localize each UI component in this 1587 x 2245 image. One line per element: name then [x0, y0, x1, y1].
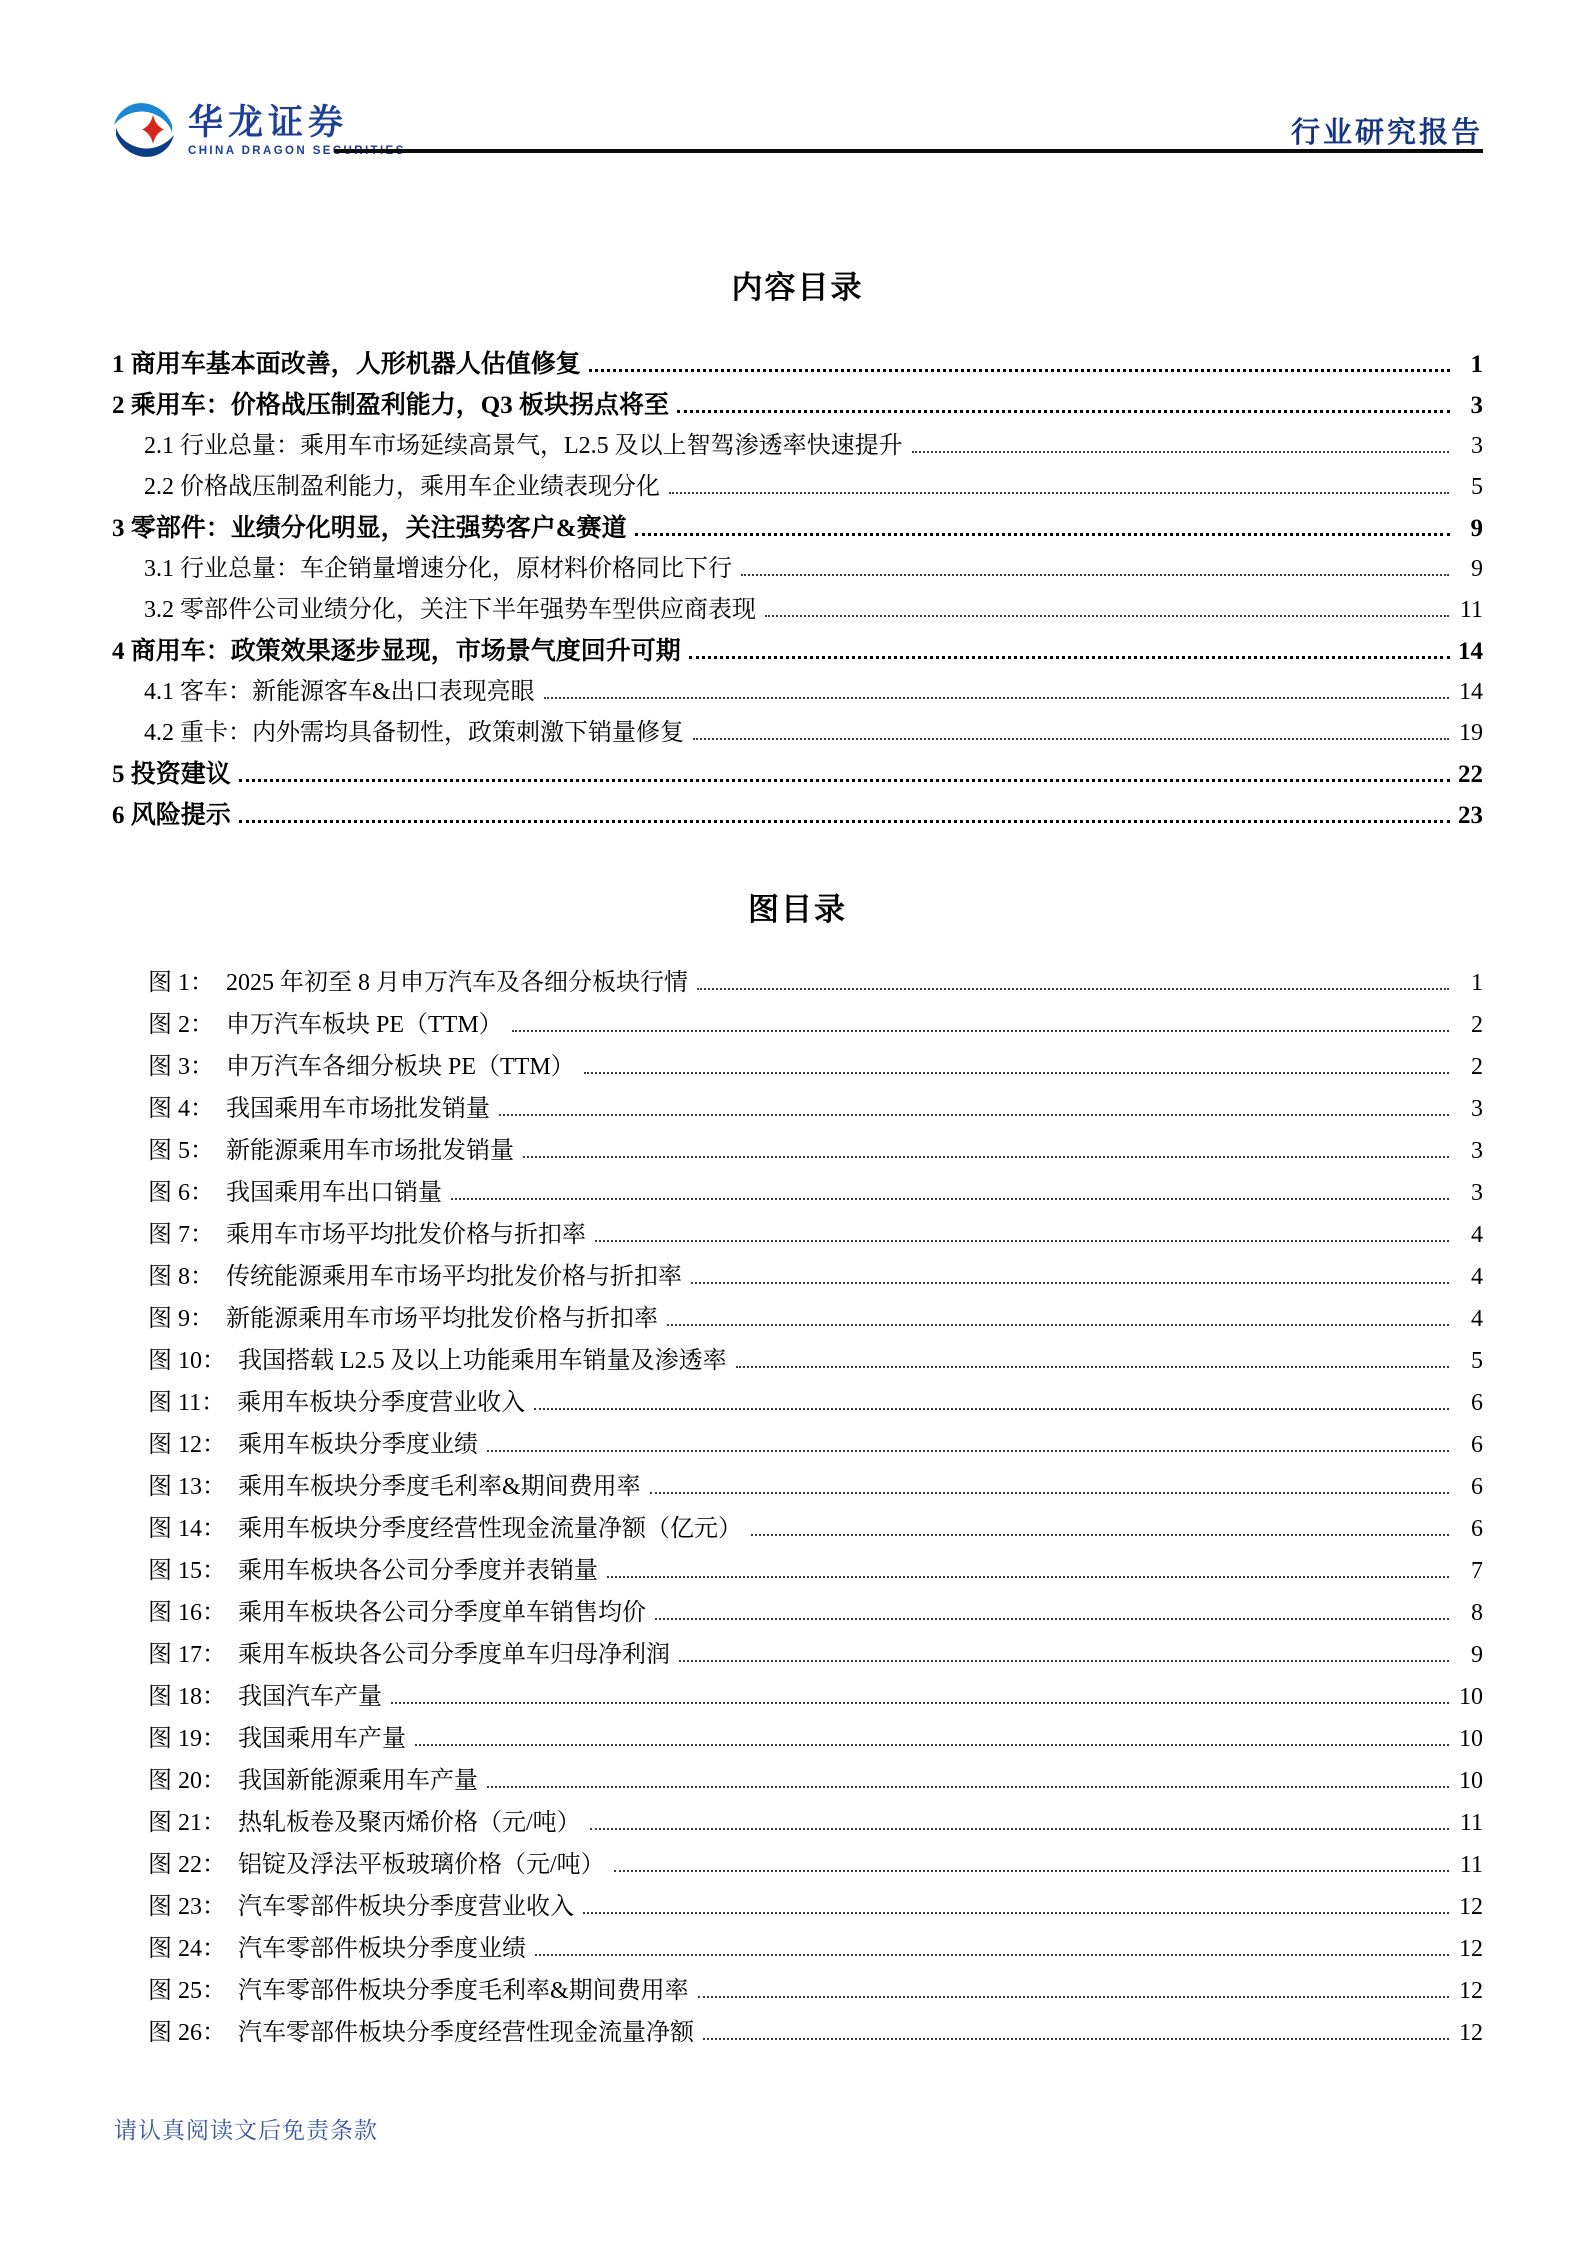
- figure-entry-number: 图 7：: [148, 1214, 214, 1256]
- disclaimer-note: 请认真阅读文后免责条款: [114, 2118, 378, 2143]
- toc-entry-page: 9: [1453, 549, 1483, 590]
- toc-entry-label: 4.1 客车：新能源客车&出口表现亮眼: [144, 672, 535, 713]
- figure-entry-page: 7: [1453, 1550, 1483, 1592]
- figure-entry-label: 传统能源乘用车市场平均批发价格与折扣率: [226, 1256, 682, 1298]
- figure-entry[interactable]: 图 20： 我国新能源乘用车产量 10: [112, 1760, 1483, 1802]
- leader-dots: [650, 1488, 1449, 1494]
- figure-entry[interactable]: 图 4： 我国乘用车市场批发销量 3: [112, 1088, 1483, 1130]
- figure-entry-page: 6: [1453, 1424, 1483, 1466]
- figure-entry-page: 4: [1453, 1214, 1483, 1256]
- figure-entry-number: 图 26：: [148, 2012, 226, 2054]
- toc-entry-page: 3: [1453, 426, 1483, 467]
- figure-entry-label: 汽车零部件板块分季度毛利率&期间费用率: [238, 1970, 689, 2012]
- figure-entry[interactable]: 图 24： 汽车零部件板块分季度业绩 12: [112, 1928, 1483, 1970]
- figure-entry-page: 4: [1453, 1256, 1483, 1298]
- figure-entry-number: 图 24：: [148, 1928, 226, 1970]
- toc-entry[interactable]: 5 投资建议 22: [112, 754, 1483, 795]
- figure-entry-number: 图 5：: [148, 1130, 214, 1172]
- toc-list: 1 商用车基本面改善，人形机器人估值修复 1 2 乘用车：价格战压制盈利能力，Q…: [112, 344, 1483, 836]
- toc-entry[interactable]: 2.2 价格战压制盈利能力，乘用车企业绩表现分化 5: [112, 467, 1483, 508]
- figure-entry-number: 图 10：: [148, 1340, 226, 1382]
- figure-entry-page: 2: [1453, 1004, 1483, 1046]
- figure-entry-label: 汽车零部件板块分季度业绩: [238, 1928, 526, 1970]
- toc-entry-label: 2.1 行业总量：乘用车市场延续高景气，L2.5 及以上智驾渗透率快速提升: [144, 426, 903, 467]
- leader-dots: [679, 1656, 1449, 1662]
- china-dragon-logo-icon: [112, 98, 176, 162]
- toc-entry[interactable]: 4 商用车：政策效果逐步显现，市场景气度回升可期 14: [112, 631, 1483, 672]
- leader-dots: [912, 447, 1449, 453]
- figure-entry-page: 10: [1453, 1718, 1483, 1760]
- figure-entry-number: 图 3：: [148, 1046, 214, 1088]
- page-footer: 请认真阅读文后免责条款: [114, 2112, 378, 2145]
- leader-dots: [487, 1782, 1449, 1788]
- leader-dots: [535, 1950, 1449, 1956]
- figure-entry-page: 12: [1453, 1886, 1483, 1928]
- figure-entry[interactable]: 图 2： 申万汽车板块 PE（TTM） 2: [112, 1004, 1483, 1046]
- figure-entry[interactable]: 图 3： 申万汽车各细分板块 PE（TTM） 2: [112, 1046, 1483, 1088]
- figure-entry-label: 乘用车板块分季度营业收入: [237, 1382, 525, 1424]
- figure-entry-number: 图 16：: [148, 1592, 226, 1634]
- leader-dots: [534, 1404, 1449, 1410]
- figure-entry-page: 12: [1453, 1970, 1483, 2012]
- figure-entry-page: 3: [1453, 1130, 1483, 1172]
- leader-dots: [391, 1698, 1449, 1704]
- figure-entry[interactable]: 图 10： 我国搭载 L2.5 及以上功能乘用车销量及渗透率 5: [112, 1340, 1483, 1382]
- leader-dots: [736, 1362, 1449, 1368]
- leader-dots: [703, 2034, 1449, 2040]
- toc-entry-label: 1 商用车基本面改善，人形机器人估值修复: [112, 344, 581, 385]
- leader-dots: [635, 529, 1450, 536]
- leader-dots: [239, 816, 1450, 823]
- toc-entry[interactable]: 4.1 客车：新能源客车&出口表现亮眼 14: [112, 672, 1483, 713]
- figure-entry-page: 11: [1453, 1802, 1483, 1844]
- figure-entry-page: 5: [1453, 1340, 1483, 1382]
- figure-entry-label: 我国乘用车市场批发销量: [226, 1088, 490, 1130]
- figure-entry[interactable]: 图 9： 新能源乘用车市场平均批发价格与折扣率 4: [112, 1298, 1483, 1340]
- figure-entry[interactable]: 图 18： 我国汽车产量 10: [112, 1676, 1483, 1718]
- toc-entry-page: 23: [1453, 795, 1483, 836]
- toc-entry-page: 22: [1453, 754, 1483, 795]
- figure-entry[interactable]: 图 21： 热轧板卷及聚丙烯价格（元/吨） 11: [112, 1802, 1483, 1844]
- leader-dots: [741, 570, 1449, 576]
- figure-entry-number: 图 17：: [148, 1634, 226, 1676]
- figure-entry-number: 图 12：: [148, 1424, 226, 1466]
- leader-dots: [499, 1110, 1449, 1116]
- toc-entry-label: 5 投资建议: [112, 754, 231, 795]
- figure-entry-number: 图 19：: [148, 1718, 226, 1760]
- header-divider: [334, 149, 1483, 153]
- figure-entry-number: 图 23：: [148, 1886, 226, 1928]
- figure-entry[interactable]: 图 25： 汽车零部件板块分季度毛利率&期间费用率 12: [112, 1970, 1483, 2012]
- figure-entry-label: 我国汽车产量: [238, 1676, 382, 1718]
- figure-entry-label: 申万汽车各细分板块 PE（TTM）: [226, 1046, 575, 1088]
- contents-title: 内容目录: [112, 270, 1483, 306]
- figure-entry-label: 新能源乘用车市场平均批发价格与折扣率: [226, 1298, 658, 1340]
- figure-entry[interactable]: 图 13： 乘用车板块分季度毛利率&期间费用率 6: [112, 1466, 1483, 1508]
- figure-entry[interactable]: 图 17： 乘用车板块各公司分季度单车归母净利润 9: [112, 1634, 1483, 1676]
- figure-entry-label: 乘用车板块各公司分季度单车归母净利润: [238, 1634, 670, 1676]
- figure-entry-label: 汽车零部件板块分季度经营性现金流量净额: [238, 2012, 694, 2054]
- toc-entry-page: 1: [1453, 344, 1483, 385]
- toc-content: 内容目录 1 商用车基本面改善，人形机器人估值修复 1 2 乘用车：价格战压制盈…: [112, 270, 1483, 2054]
- leader-dots: [751, 1530, 1449, 1536]
- leader-dots: [698, 1992, 1449, 1998]
- toc-entry[interactable]: 3.1 行业总量：车企销量增速分化，原材料价格同比下行 9: [112, 549, 1483, 590]
- figure-entry-label: 我国乘用车产量: [238, 1718, 406, 1760]
- figure-entry[interactable]: 图 26： 汽车零部件板块分季度经营性现金流量净额 12: [112, 2012, 1483, 2054]
- toc-entry[interactable]: 3 零部件：业绩分化明显，关注强势客户&赛道 9: [112, 508, 1483, 549]
- toc-entry-label: 6 风险提示: [112, 795, 231, 836]
- leader-dots: [693, 734, 1449, 740]
- toc-entry-page: 14: [1453, 631, 1483, 672]
- figure-entry-label: 热轧板卷及聚丙烯价格（元/吨）: [238, 1802, 581, 1844]
- toc-entry-label: 3 零部件：业绩分化明显，关注强势客户&赛道: [112, 508, 627, 549]
- leader-dots: [765, 611, 1449, 617]
- leader-dots: [697, 984, 1449, 990]
- figure-entry[interactable]: 图 7： 乘用车市场平均批发价格与折扣率 4: [112, 1214, 1483, 1256]
- figure-entry[interactable]: 图 6： 我国乘用车出口销量 3: [112, 1172, 1483, 1214]
- toc-entry-page: 19: [1453, 713, 1483, 754]
- toc-entry-label: 3.1 行业总量：车企销量增速分化，原材料价格同比下行: [144, 549, 732, 590]
- leader-dots: [691, 1278, 1449, 1284]
- figure-entry[interactable]: 图 14： 乘用车板块分季度经营性现金流量净额（亿元） 6: [112, 1508, 1483, 1550]
- figure-entry-label: 2025 年初至 8 月申万汽车及各细分板块行情: [226, 962, 688, 1004]
- toc-entry[interactable]: 2 乘用车：价格战压制盈利能力，Q3 板块拐点将至 3: [112, 385, 1483, 426]
- brand-name-cn: 华龙证券: [188, 104, 406, 142]
- figure-entry-page: 3: [1453, 1088, 1483, 1130]
- figure-entry-label: 我国乘用车出口销量: [226, 1172, 442, 1214]
- figure-entry-page: 1: [1453, 962, 1483, 1004]
- toc-entry-page: 14: [1453, 672, 1483, 713]
- figure-entry-number: 图 2：: [148, 1004, 214, 1046]
- figure-entry-page: 11: [1453, 1844, 1483, 1886]
- figure-entry-page: 3: [1453, 1172, 1483, 1214]
- leader-dots: [667, 1320, 1449, 1326]
- toc-entry-page: 11: [1453, 590, 1483, 631]
- figure-entry[interactable]: 图 1： 2025 年初至 8 月申万汽车及各细分板块行情 1: [112, 962, 1483, 1004]
- figure-entry-label: 申万汽车板块 PE（TTM）: [226, 1004, 503, 1046]
- toc-entry-label: 4.2 重卡：内外需均具备韧性，政策刺激下销量修复: [144, 713, 684, 754]
- figure-entry[interactable]: 图 19： 我国乘用车产量 10: [112, 1718, 1483, 1760]
- figure-entry-number: 图 20：: [148, 1760, 226, 1802]
- figure-entry-label: 汽车零部件板块分季度营业收入: [238, 1886, 574, 1928]
- figure-entry-number: 图 1：: [148, 962, 214, 1004]
- leader-dots: [451, 1194, 1449, 1200]
- figures-title: 图目录: [112, 892, 1483, 928]
- figure-entry-number: 图 25：: [148, 1970, 226, 2012]
- figure-entry-page: 6: [1453, 1508, 1483, 1550]
- figure-entry-number: 图 14：: [148, 1508, 226, 1550]
- leader-dots: [487, 1446, 1449, 1452]
- figure-entry[interactable]: 图 16： 乘用车板块各公司分季度单车销售均价 8: [112, 1592, 1483, 1634]
- figure-entry-page: 8: [1453, 1592, 1483, 1634]
- figure-entry-label: 新能源乘用车市场批发销量: [226, 1130, 514, 1172]
- figure-entry-page: 4: [1453, 1298, 1483, 1340]
- figure-entry-number: 图 4：: [148, 1088, 214, 1130]
- figure-entry[interactable]: 图 12： 乘用车板块分季度业绩 6: [112, 1424, 1483, 1466]
- figure-entry[interactable]: 图 8： 传统能源乘用车市场平均批发价格与折扣率 4: [112, 1256, 1483, 1298]
- toc-entry[interactable]: 2.1 行业总量：乘用车市场延续高景气，L2.5 及以上智驾渗透率快速提升 3: [112, 426, 1483, 467]
- leader-dots: [589, 365, 1450, 372]
- figure-entry-number: 图 11：: [148, 1382, 225, 1424]
- toc-entry[interactable]: 4.2 重卡：内外需均具备韧性，政策刺激下销量修复 19: [112, 713, 1483, 754]
- leader-dots: [512, 1026, 1449, 1032]
- figure-entry[interactable]: 图 5： 新能源乘用车市场批发销量 3: [112, 1130, 1483, 1172]
- figure-entry-number: 图 18：: [148, 1676, 226, 1718]
- leader-dots: [689, 652, 1450, 659]
- leader-dots: [595, 1236, 1449, 1242]
- figure-entry[interactable]: 图 11： 乘用车板块分季度营业收入 6: [112, 1382, 1483, 1424]
- leader-dots: [584, 1068, 1449, 1074]
- figure-entry-page: 12: [1453, 2012, 1483, 2054]
- figure-entry-page: 9: [1453, 1634, 1483, 1676]
- figure-entry-label: 乘用车板块各公司分季度并表销量: [238, 1550, 598, 1592]
- figure-list: 图 1： 2025 年初至 8 月申万汽车及各细分板块行情 1 图 2： 申万汽…: [112, 962, 1483, 2054]
- figure-entry-number: 图 21：: [148, 1802, 226, 1844]
- figure-entry-page: 6: [1453, 1466, 1483, 1508]
- figure-entry-number: 图 9：: [148, 1298, 214, 1340]
- toc-entry-label: 3.2 零部件公司业绩分化，关注下半年强势车型供应商表现: [144, 590, 756, 631]
- leader-dots: [583, 1908, 1449, 1914]
- leader-dots: [655, 1614, 1449, 1620]
- figure-entry-label: 我国新能源乘用车产量: [238, 1760, 478, 1802]
- leader-dots: [544, 693, 1449, 699]
- report-toc-page: 华龙证券 CHINA DRAGON SECURITIES 行业研究报告 内容目录…: [0, 0, 1587, 2245]
- figure-entry-label: 乘用车板块分季度业绩: [238, 1424, 478, 1466]
- toc-entry[interactable]: 6 风险提示 23: [112, 795, 1483, 836]
- leader-dots: [415, 1740, 1449, 1746]
- toc-entry-label: 4 商用车：政策效果逐步显现，市场景气度回升可期: [112, 631, 681, 672]
- report-type-label: 行业研究报告: [1291, 110, 1483, 151]
- figure-entry[interactable]: 图 22： 铝锭及浮法平板玻璃价格（元/吨） 11: [112, 1844, 1483, 1886]
- leader-dots: [590, 1824, 1449, 1830]
- leader-dots: [677, 406, 1450, 413]
- toc-entry-page: 5: [1453, 467, 1483, 508]
- figure-entry-label: 我国搭载 L2.5 及以上功能乘用车销量及渗透率: [238, 1340, 727, 1382]
- figure-entry-number: 图 6：: [148, 1172, 214, 1214]
- figure-entry-page: 10: [1453, 1760, 1483, 1802]
- leader-dots: [614, 1866, 1449, 1872]
- leader-dots: [607, 1572, 1449, 1578]
- figure-entry[interactable]: 图 15： 乘用车板块各公司分季度并表销量 7: [112, 1550, 1483, 1592]
- figure-entry-number: 图 13：: [148, 1466, 226, 1508]
- figure-entry-page: 2: [1453, 1046, 1483, 1088]
- toc-entry[interactable]: 3.2 零部件公司业绩分化，关注下半年强势车型供应商表现 11: [112, 590, 1483, 631]
- toc-entry[interactable]: 1 商用车基本面改善，人形机器人估值修复 1: [112, 344, 1483, 385]
- figure-entry-number: 图 22：: [148, 1844, 226, 1886]
- figure-entry-number: 图 15：: [148, 1550, 226, 1592]
- figure-entry-page: 6: [1453, 1382, 1483, 1424]
- toc-entry-page: 9: [1453, 508, 1483, 549]
- figure-entry-page: 10: [1453, 1676, 1483, 1718]
- figure-entry-label: 乘用车市场平均批发价格与折扣率: [226, 1214, 586, 1256]
- figure-entry[interactable]: 图 23： 汽车零部件板块分季度营业收入 12: [112, 1886, 1483, 1928]
- toc-entry-page: 3: [1453, 385, 1483, 426]
- toc-entry-label: 2 乘用车：价格战压制盈利能力，Q3 板块拐点将至: [112, 385, 669, 426]
- figure-entry-label: 乘用车板块各公司分季度单车销售均价: [238, 1592, 646, 1634]
- figure-entry-label: 铝锭及浮法平板玻璃价格（元/吨）: [238, 1844, 605, 1886]
- toc-entry-label: 2.2 价格战压制盈利能力，乘用车企业绩表现分化: [144, 467, 660, 508]
- figure-entry-label: 乘用车板块分季度经营性现金流量净额（亿元）: [238, 1508, 742, 1550]
- figure-entry-label: 乘用车板块分季度毛利率&期间费用率: [238, 1466, 641, 1508]
- figure-entry-number: 图 8：: [148, 1256, 214, 1298]
- leader-dots: [669, 488, 1449, 494]
- leader-dots: [523, 1152, 1449, 1158]
- figure-entry-page: 12: [1453, 1928, 1483, 1970]
- leader-dots: [239, 775, 1450, 782]
